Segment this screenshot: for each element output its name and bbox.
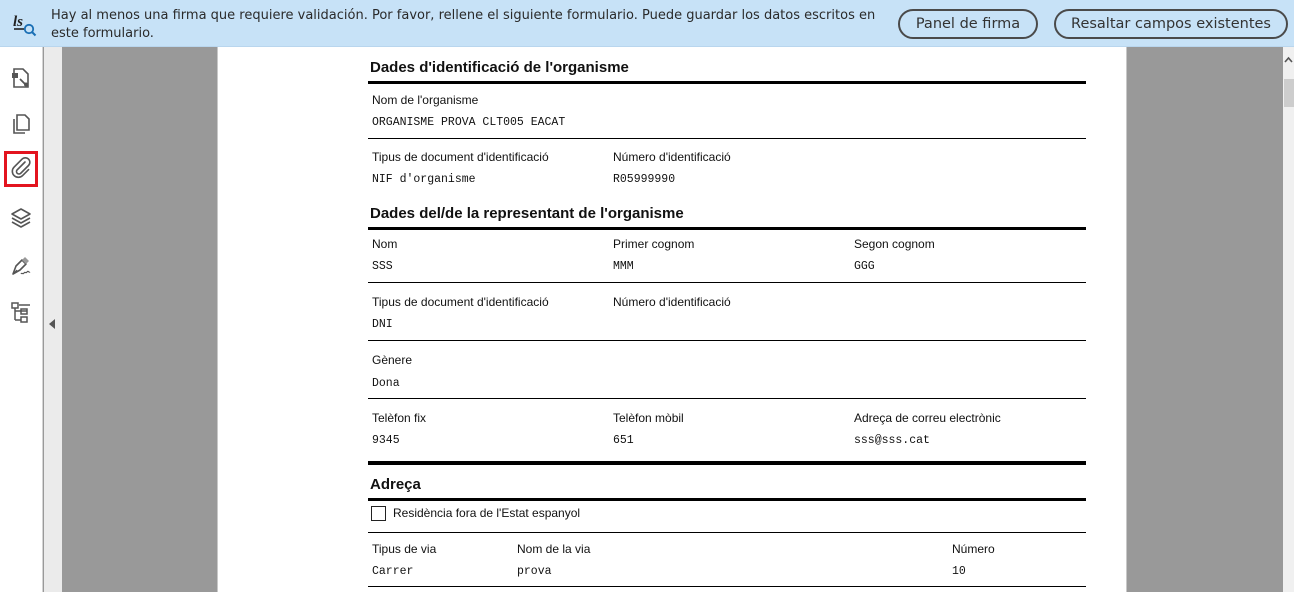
rep-email-field[interactable]: sss@sss.cat xyxy=(854,434,930,447)
scrollbar-thumb[interactable] xyxy=(1284,79,1294,107)
divider xyxy=(368,461,1086,465)
rep-email-label: Adreça de correu electrònic xyxy=(854,411,1001,425)
divider xyxy=(368,340,1086,341)
divider xyxy=(368,81,1086,84)
page-thumbnails-button[interactable] xyxy=(5,110,37,142)
rep-surname1-field[interactable]: MMM xyxy=(613,260,634,273)
signatures-button[interactable] xyxy=(5,252,37,284)
signature-panel-button[interactable]: Panel de firma xyxy=(898,9,1038,39)
notification-bar: ls Hay al menos una firma que requiere v… xyxy=(0,0,1294,47)
rep-phone-label: Telèfon fix xyxy=(372,411,426,425)
rep-surname2-label: Segon cognom xyxy=(854,237,935,251)
tool-rail xyxy=(0,47,43,592)
rep-doc-type-label: Tipus de document d'identificació xyxy=(372,295,549,309)
rep-gender-field[interactable]: Dona xyxy=(372,377,400,390)
street-type-field[interactable]: Carrer xyxy=(372,565,413,578)
divider xyxy=(368,498,1086,501)
section-title-adreca: Adreça xyxy=(370,476,421,493)
rep-name-field[interactable]: SSS xyxy=(372,260,393,273)
rep-mobile-field[interactable]: 651 xyxy=(613,434,634,447)
rep-mobile-label: Telèfon mòbil xyxy=(613,411,684,425)
structure-tree-button[interactable] xyxy=(5,299,37,331)
rep-doc-type-field[interactable]: DNI xyxy=(372,318,393,331)
export-pdf-button[interactable] xyxy=(5,64,37,96)
street-number-label: Número xyxy=(952,542,995,556)
rep-gender-label: Gènere xyxy=(372,353,412,367)
divider xyxy=(368,282,1086,283)
org-name-field[interactable]: ORGANISME PROVA CLT005 EACAT xyxy=(372,116,565,129)
rep-surname2-field[interactable]: GGG xyxy=(854,260,875,273)
street-type-label: Tipus de via xyxy=(372,542,436,556)
org-id-number-field[interactable]: R05999990 xyxy=(613,173,675,186)
org-name-label: Nom de l'organisme xyxy=(372,93,478,107)
divider xyxy=(368,138,1086,139)
vertical-scrollbar[interactable] xyxy=(1283,47,1294,592)
rep-phone-field[interactable]: 9345 xyxy=(372,434,400,447)
attachments-icon xyxy=(9,155,33,184)
attachments-button[interactable] xyxy=(4,151,38,187)
divider xyxy=(368,532,1086,533)
svg-text:ls: ls xyxy=(13,14,23,30)
layers-icon xyxy=(9,206,33,235)
org-id-number-label: Número d'identificació xyxy=(613,150,731,164)
export-pdf-icon xyxy=(9,66,33,95)
org-doc-type-label: Tipus de document d'identificació xyxy=(372,150,549,164)
signature-validate-icon: ls xyxy=(12,11,38,37)
structure-tree-icon xyxy=(9,301,33,330)
layers-button[interactable] xyxy=(5,204,37,236)
abroad-residence-label: Residència fora de l'Estat espanyol xyxy=(393,506,580,520)
divider xyxy=(368,398,1086,399)
rep-id-number-field[interactable] xyxy=(613,318,833,332)
rep-surname1-label: Primer cognom xyxy=(613,237,694,251)
street-name-field[interactable]: prova xyxy=(517,565,552,578)
abroad-residence-checkbox[interactable] xyxy=(371,506,386,521)
divider xyxy=(368,586,1086,587)
scroll-up-arrow-icon[interactable] xyxy=(1284,51,1293,59)
section-title-organisme: Dades d'identificació de l'organisme xyxy=(370,59,629,76)
org-doc-type-field[interactable]: NIF d'organisme xyxy=(372,173,476,186)
highlight-fields-button[interactable]: Resaltar campos existentes xyxy=(1054,9,1288,39)
notification-message: Hay al menos una firma que requiere vali… xyxy=(51,7,881,43)
street-number-field[interactable]: 10 xyxy=(952,565,966,578)
section-title-representant: Dades del/de la representant de l'organi… xyxy=(370,205,684,222)
rep-name-label: Nom xyxy=(372,237,397,251)
collapse-panel-arrow-icon[interactable] xyxy=(49,319,55,329)
signatures-icon xyxy=(9,254,33,283)
page-thumbnails-icon xyxy=(9,112,33,141)
document-page: Dades d'identificació de l'organisme Nom… xyxy=(217,47,1127,592)
rep-id-number-label: Número d'identificació xyxy=(613,295,731,309)
street-name-label: Nom de la via xyxy=(517,542,590,556)
document-viewport: Dades d'identificació de l'organisme Nom… xyxy=(62,47,1283,592)
divider xyxy=(368,227,1086,230)
